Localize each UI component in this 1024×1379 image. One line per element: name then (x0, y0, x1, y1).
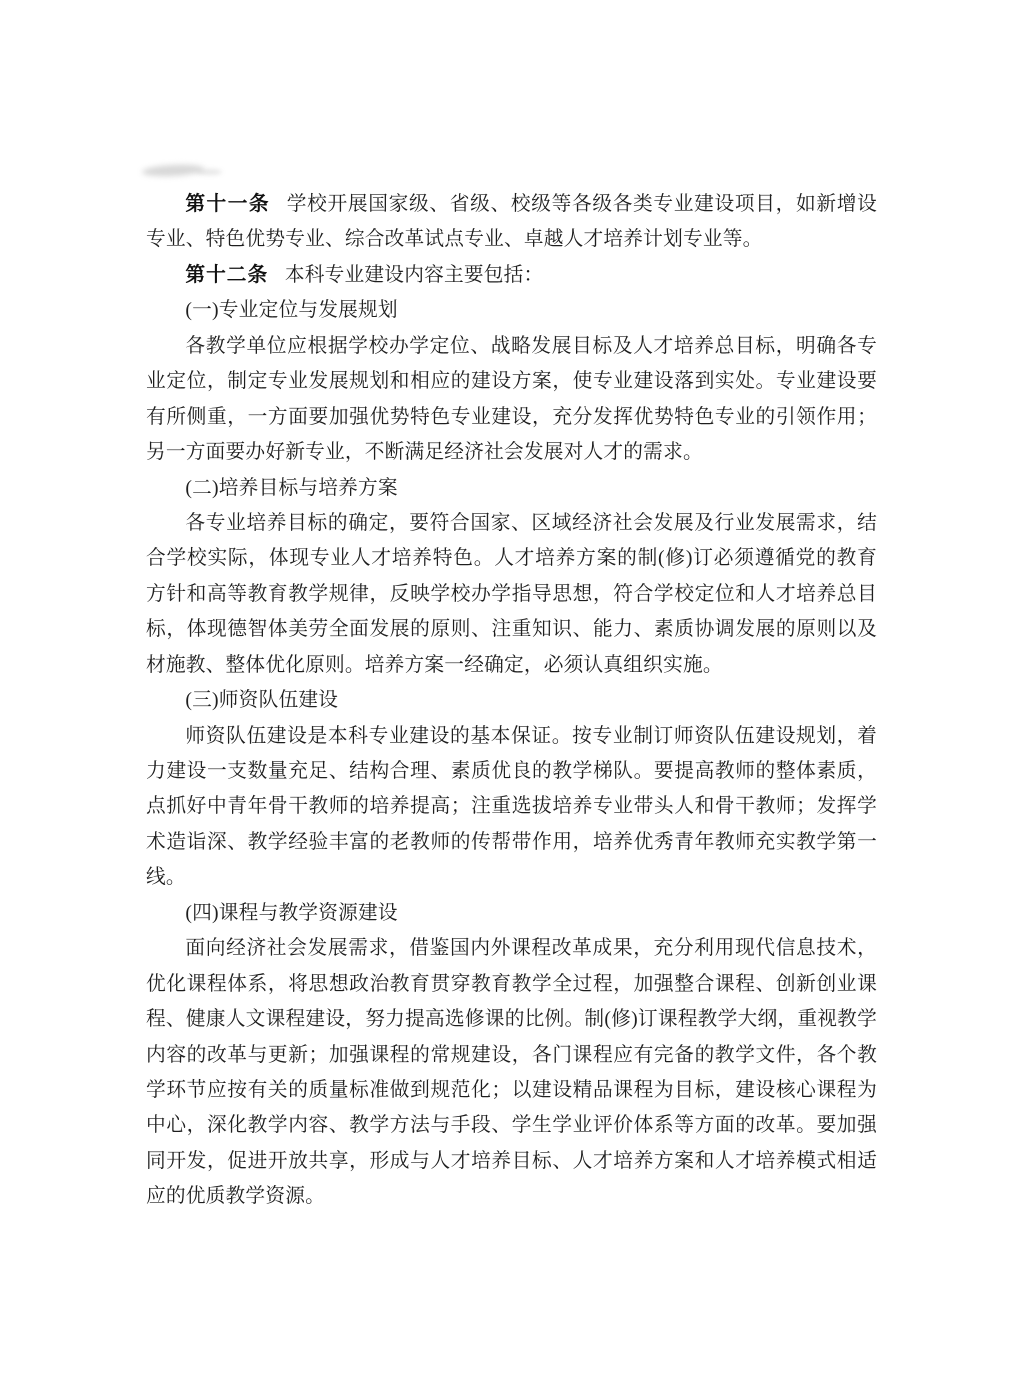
line-text: (四)课程与教学资源建设 (185, 902, 397, 924)
line-text: 各教学单位应根据学校办学定位、战略发展目标及人才培养总目标，明确各专 (185, 335, 877, 357)
text-line: 师资队伍建设是本科专业建设的基本保证。按专业制订师资队伍建设规划，着 (146, 719, 877, 754)
text-line: 面向经济社会发展需求，借鉴国内外课程改革成果，充分利用现代信息技术， (146, 931, 877, 966)
text-line: 点抓好中青年骨干教师的培养提高；注重选拔培养专业带头人和骨干教师；发挥学 (146, 789, 877, 824)
text-line: (四)课程与教学资源建设 (146, 896, 877, 931)
line-text: 线。 (146, 866, 186, 888)
line-text: 应的优质教学资源。 (146, 1185, 325, 1207)
line-text: 点抓好中青年骨干教师的培养提高；注重选拔培养专业带头人和骨干教师；发挥学 (146, 795, 877, 817)
text-line: 业定位，制定专业发展规划和相应的建设方案，使专业建设落到实处。专业建设要 (146, 364, 877, 399)
text-line: 学环节应按有关的质量标准做到规范化；以建设精品课程为目标，建设核心课程为 (146, 1073, 877, 1108)
text-line: 术造诣深、教学经验丰富的老教师的传帮带作用，培养优秀青年教师充实教学第一 (146, 825, 877, 860)
text-line: (二)培养目标与培养方案 (146, 471, 877, 506)
line-text: 另一方面要办好新专业，不断满足经济社会发展对人才的需求。 (146, 441, 703, 463)
line-text: 中心，深化教学内容、教学方法与手段、学生学业评价体系等方面的改革。要加强协 (146, 1114, 877, 1143)
line-text: 合学校实际，体现专业人才培养特色。人才培养方案的制(修)订必须遵循党的教育 (146, 547, 877, 569)
line-text: 学环节应按有关的质量标准做到规范化；以建设精品课程为目标，建设核心课程为 (146, 1079, 877, 1101)
line-text: 专业、特色优势专业、综合改革试点专业、卓越人才培养计划专业等。 (146, 228, 763, 250)
line-text: 材施教、整体优化原则。培养方案一经确定，必须认真组织实施。 (146, 654, 723, 676)
line-text: 师资队伍建设是本科专业建设的基本保证。按专业制订师资队伍建设规划，着 (185, 725, 877, 747)
line-text: 程、健康人文课程建设，努力提高选修课的比例。制(修)订课程教学大纲，重视教学 (146, 1008, 877, 1030)
text-line: 方针和高等教育教学规律，反映学校办学指导思想，符合学校定位和人才培养总目 (146, 577, 877, 612)
text-line: 程、健康人文课程建设，努力提高选修课的比例。制(修)订课程教学大纲，重视教学 (146, 1002, 877, 1037)
line-text: 术造诣深、教学经验丰富的老教师的传帮带作用，培养优秀青年教师充实教学第一 (146, 831, 877, 853)
text-line: 材施教、整体优化原则。培养方案一经确定，必须认真组织实施。 (146, 648, 877, 683)
line-text: 面向经济社会发展需求，借鉴国内外课程改革成果，充分利用现代信息技术， (185, 937, 877, 959)
text-line: 有所侧重，一方面要加强优势特色专业建设，充分发挥优势特色专业的引领作用； (146, 400, 877, 435)
text-line: 内容的改革与更新；加强课程的常规建设，各门课程应有完备的教学文件，各个教 (146, 1038, 877, 1073)
text-line: 同开发，促进开放共享，形成与人才培养目标、人才培养方案和人才培养模式相适 (146, 1144, 877, 1179)
scan-smudge-artifact-2 (196, 169, 222, 175)
line-text: 学校开展国家级、省级、校级等各级各类专业建设项目，如新增设 (287, 193, 877, 215)
text-line: 另一方面要办好新专业，不断满足经济社会发展对人才的需求。 (146, 435, 877, 470)
line-text: 各专业培养目标的确定，要符合国家、区域经济社会发展及行业发展需求，结 (185, 512, 877, 534)
line-text: (一)专业定位与发展规划 (185, 299, 397, 321)
line-text: 优化课程体系，将思想政治教育贯穿教育教学全过程，加强整合课程、创新创业课 (146, 973, 877, 995)
article-number: 第十二条 (185, 264, 268, 286)
text-line: 第十二条本科专业建设内容主要包括： (146, 258, 877, 293)
text-line: 标，体现德智体美劳全面发展的原则、注重知识、能力、素质协调发展的原则以及因 (146, 612, 877, 647)
text-line: 合学校实际，体现专业人才培养特色。人才培养方案的制(修)订必须遵循党的教育 (146, 541, 877, 576)
text-line: 中心，深化教学内容、教学方法与手段、学生学业评价体系等方面的改革。要加强协 (146, 1108, 877, 1143)
text-line: (一)专业定位与发展规划 (146, 293, 877, 328)
document-body: 第十一条学校开展国家级、省级、校级等各级各类专业建设项目，如新增设专业、特色优势… (146, 187, 877, 1215)
line-text: (二)培养目标与培养方案 (185, 477, 397, 499)
text-line: (三)师资队伍建设 (146, 683, 877, 718)
line-text: 力建设一支数量充足、结构合理、素质优良的教学梯队。要提高教师的整体素质，重 (146, 760, 877, 789)
text-line: 优化课程体系，将思想政治教育贯穿教育教学全过程，加强整合课程、创新创业课 (146, 967, 877, 1002)
text-line: 线。 (146, 860, 877, 895)
line-text: 业定位，制定专业发展规划和相应的建设方案，使专业建设落到实处。专业建设要 (146, 370, 877, 392)
text-line: 各教学单位应根据学校办学定位、战略发展目标及人才培养总目标，明确各专 (146, 329, 877, 364)
text-line: 第十一条学校开展国家级、省级、校级等各级各类专业建设项目，如新增设 (146, 187, 877, 222)
line-text: 有所侧重，一方面要加强优势特色专业建设，充分发挥优势特色专业的引领作用； (146, 406, 877, 428)
line-text: 内容的改革与更新；加强课程的常规建设，各门课程应有完备的教学文件，各个教 (146, 1044, 877, 1066)
line-text: 本科专业建设内容主要包括： (285, 264, 544, 286)
text-line: 应的优质教学资源。 (146, 1179, 877, 1214)
line-text: 同开发，促进开放共享，形成与人才培养目标、人才培养方案和人才培养模式相适 (146, 1150, 877, 1172)
scan-smudge-artifact (142, 163, 204, 177)
line-text: (三)师资队伍建设 (185, 689, 338, 711)
article-number: 第十一条 (185, 193, 270, 215)
document-page: 第十一条学校开展国家级、省级、校级等各级各类专业建设项目，如新增设专业、特色优势… (0, 0, 1024, 1379)
line-text: 标，体现德智体美劳全面发展的原则、注重知识、能力、素质协调发展的原则以及因 (146, 618, 877, 647)
text-line: 专业、特色优势专业、综合改革试点专业、卓越人才培养计划专业等。 (146, 222, 877, 257)
text-line: 力建设一支数量充足、结构合理、素质优良的教学梯队。要提高教师的整体素质，重 (146, 754, 877, 789)
text-line: 各专业培养目标的确定，要符合国家、区域经济社会发展及行业发展需求，结 (146, 506, 877, 541)
line-text: 方针和高等教育教学规律，反映学校办学指导思想，符合学校定位和人才培养总目 (146, 583, 877, 605)
